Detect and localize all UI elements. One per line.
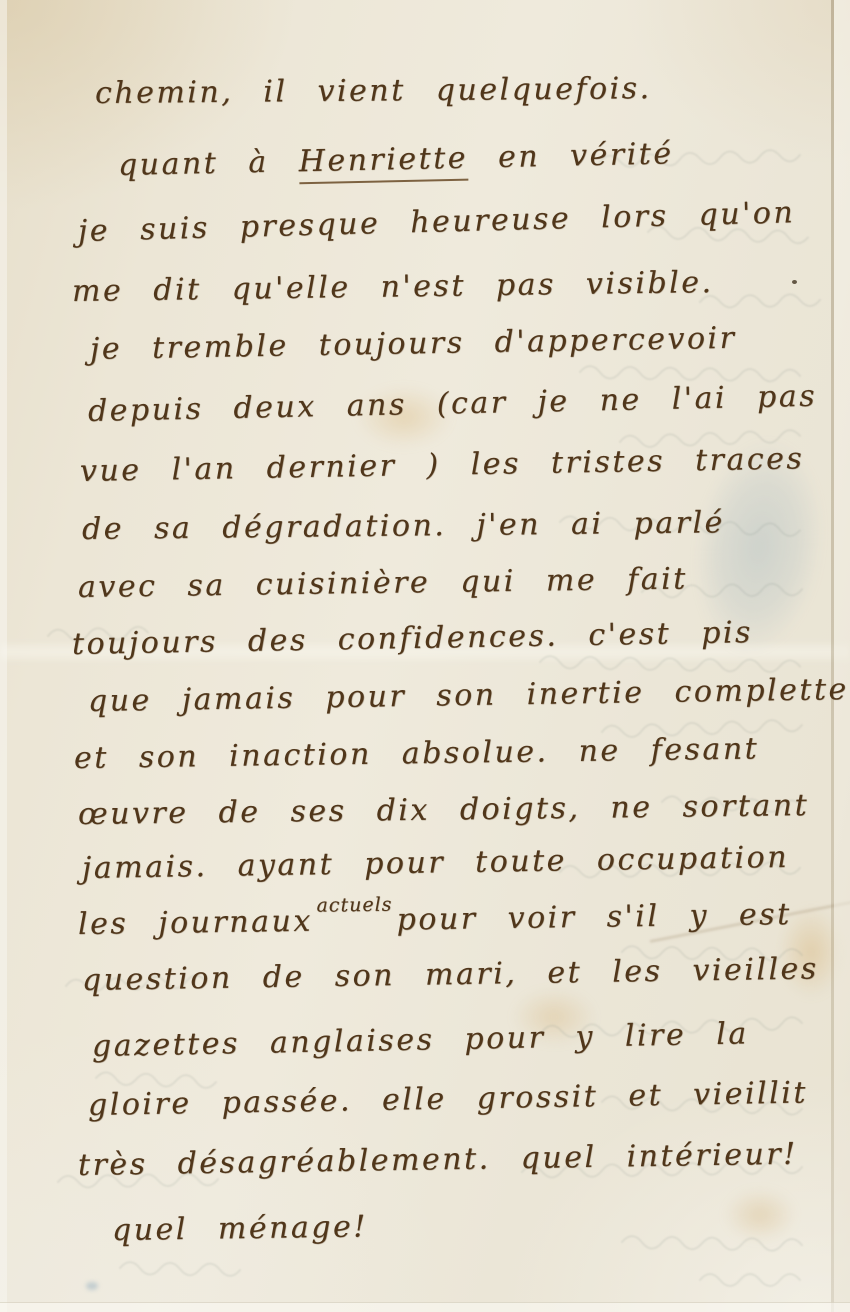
letter-line: de sa dégradation. j'en ai parlé: [82, 505, 725, 547]
letter-line: depuis deux ans (car je ne l'ai pas: [88, 379, 818, 429]
line-text: et son inaction absolue. ne fesant: [74, 731, 760, 776]
inserted-word: actuels: [316, 894, 392, 917]
line-text: je suis presque heureuse lors qu'on: [78, 195, 796, 249]
line-text: que jamais pour son inertie complette: [88, 672, 849, 719]
letter-line: que jamais pour son inertie complette: [88, 672, 849, 719]
letter-line: gloire passée. elle grossit et vieillit: [88, 1075, 808, 1123]
letter-page: chemin, il vient quelquefois. quant à He…: [0, 0, 850, 1312]
line-text: question de son mari, et les vieilles: [82, 951, 819, 998]
line-text: œuvre de ses dix doigts, ne sortant: [78, 788, 810, 832]
letter-line: avec sa cuisinière qui me fait: [78, 561, 688, 605]
line-text: quant à: [118, 144, 299, 183]
letter-line: je suis presque heureuse lors qu'on: [78, 195, 796, 249]
line-text: les journaux: [78, 904, 313, 942]
letter-line: quel ménage!: [112, 1209, 368, 1248]
letter-line: me dit qu'elle n'est pas visible.: [72, 265, 714, 309]
underlined-name: Henriette: [298, 141, 468, 185]
letter-line: chemin, il vient quelquefois.: [95, 71, 652, 111]
line-text: vue l'an dernier ) les tristes traces: [80, 441, 805, 489]
letter-line: et son inaction absolue. ne fesant: [74, 731, 760, 776]
line-text: toujours des confidences. c'est pis: [72, 615, 753, 662]
letter-line: question de son mari, et les vieilles: [82, 951, 819, 998]
line-text: avec sa cuisinière qui me fait: [78, 561, 688, 605]
letter-text: chemin, il vient quelquefois. quant à He…: [0, 0, 850, 1312]
line-text: gloire passée. elle grossit et vieillit: [88, 1075, 808, 1123]
letter-line: très désagréablement. quel intérieur!: [78, 1137, 798, 1183]
letter-line: quant à Henriette en vérité: [118, 136, 674, 183]
letter-line: toujours des confidences. c'est pis: [72, 615, 753, 662]
letter-line: gazettes anglaises pour y lire la: [92, 1016, 749, 1064]
letter-line: je tremble toujours d'appercevoir: [90, 321, 737, 367]
line-text: en vérité: [468, 136, 674, 175]
letter-line: œuvre de ses dix doigts, ne sortant: [78, 788, 810, 832]
line-text: me dit qu'elle n'est pas visible.: [72, 265, 714, 309]
line-text: je tremble toujours d'appercevoir: [90, 321, 737, 367]
line-text: pour voir s'il y est: [396, 897, 791, 938]
line-text: très désagréablement. quel intérieur!: [78, 1137, 798, 1183]
line-text: depuis deux ans (car je ne l'ai pas: [88, 379, 818, 429]
letter-line: vue l'an dernier ) les tristes traces: [80, 441, 805, 489]
line-text: de sa dégradation. j'en ai parlé: [82, 505, 725, 547]
line-text: gazettes anglaises pour y lire la: [92, 1016, 749, 1064]
line-text: jamais. ayant pour toute occupation: [82, 840, 790, 886]
letter-line: les journauxactuelspour voir s'il y est: [78, 897, 792, 942]
line-text: chemin, il vient quelquefois.: [95, 71, 652, 111]
line-text: quel ménage!: [112, 1209, 368, 1248]
letter-line: jamais. ayant pour toute occupation: [82, 840, 790, 886]
